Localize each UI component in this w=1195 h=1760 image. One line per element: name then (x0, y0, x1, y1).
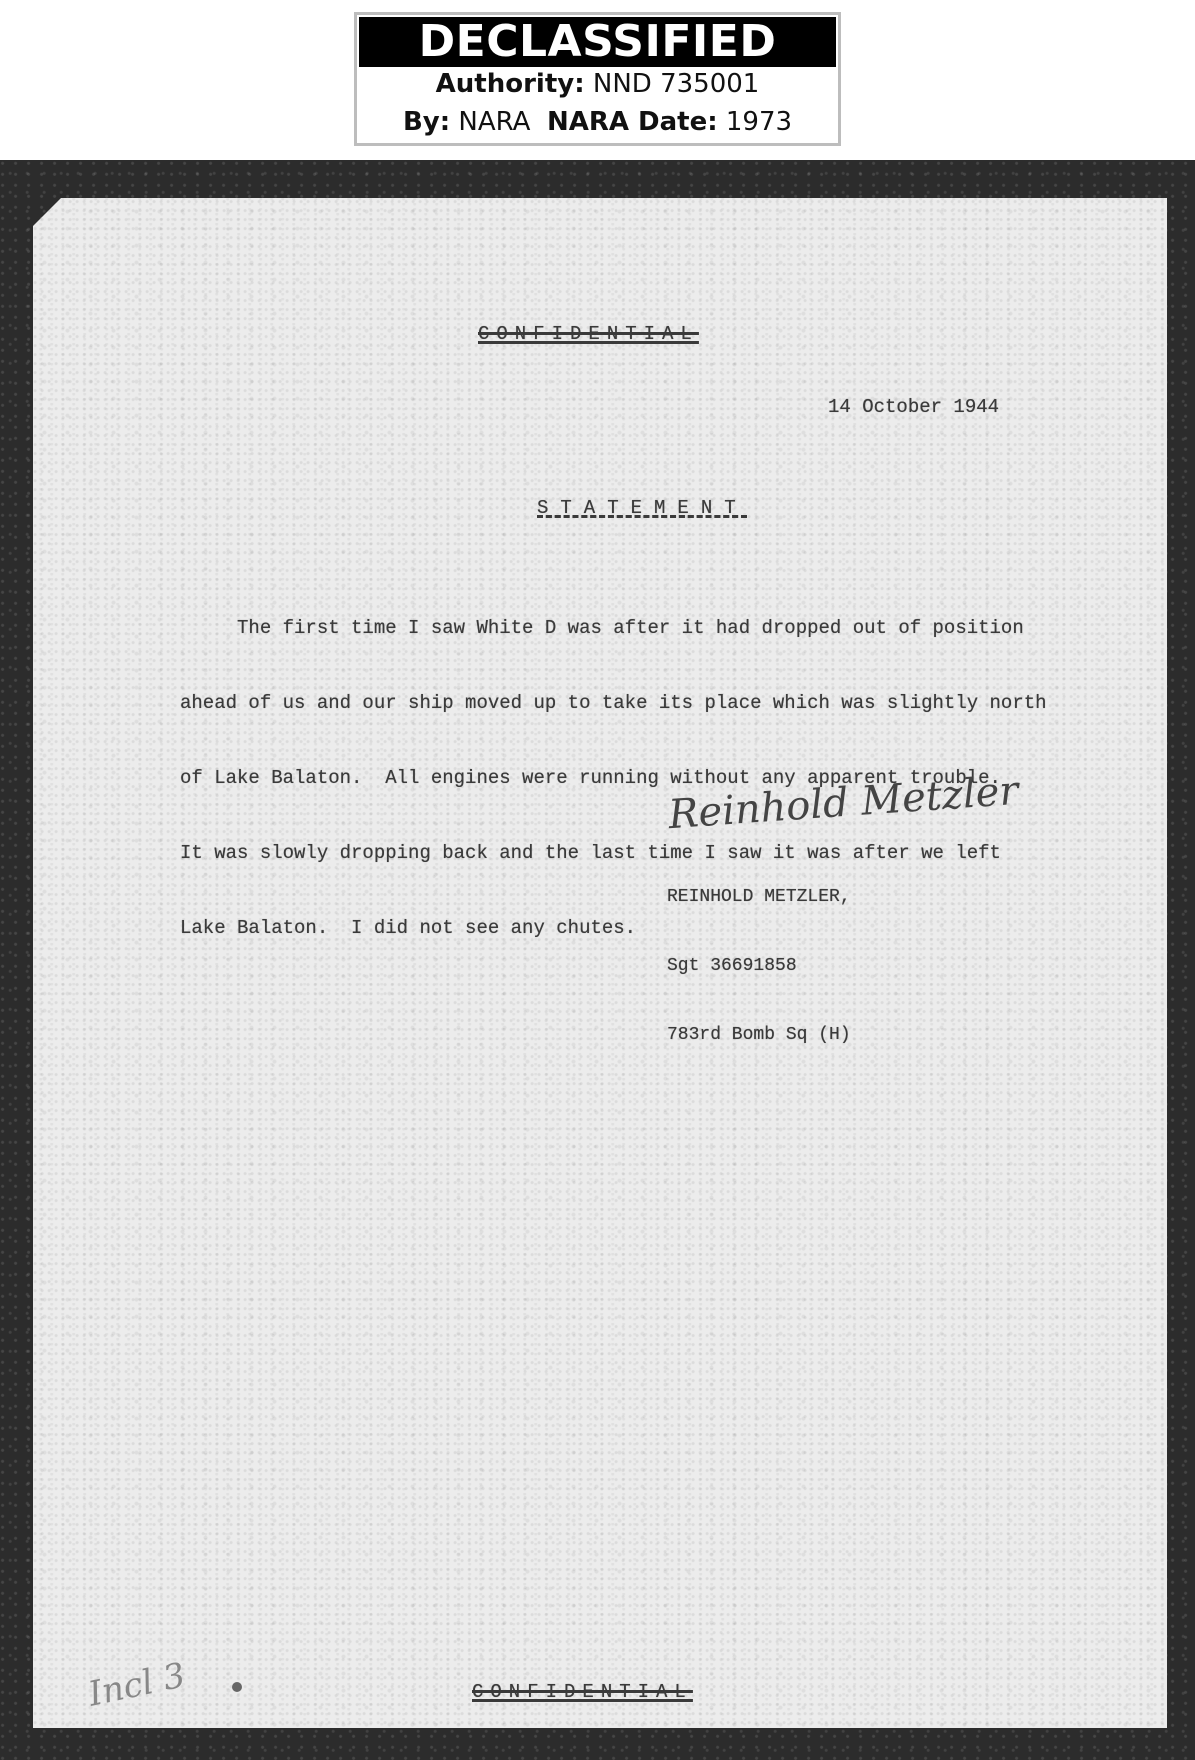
nara-date-label: NARA Date: (547, 107, 718, 137)
stamp-by-date: By: NARA NARA Date: 1973 (357, 107, 838, 137)
classification-bottom: CONFIDENTIAL (472, 1680, 693, 1705)
signer-rank-serial: Sgt 36691858 (667, 955, 851, 978)
statement-body: The first time I saw White D was after i… (180, 566, 1047, 966)
declassified-stamp: DECLASSIFIED Authority: NND 735001 By: N… (354, 12, 841, 146)
signature-block: REINHOLD METZLER, Sgt 36691858 783rd Bom… (667, 840, 851, 1070)
by-value: NARA (458, 107, 530, 137)
signer-unit: 783rd Bomb Sq (H) (667, 1024, 851, 1047)
document-date: 14 October 1944 (828, 395, 999, 420)
punch-mark (232, 1682, 242, 1692)
body-line: ahead of us and our ship moved up to tak… (180, 691, 1047, 716)
signer-name: REINHOLD METZLER, (667, 886, 851, 909)
stamp-authority: Authority: NND 735001 (357, 69, 838, 99)
classification-top: CONFIDENTIAL (478, 322, 699, 347)
body-line: Lake Balaton. I did not see any chutes. (180, 916, 1047, 941)
stamp-title: DECLASSIFIED (359, 17, 836, 67)
authority-value: NND 735001 (593, 69, 759, 99)
nara-date-value: 1973 (726, 107, 792, 137)
by-label: By: (403, 107, 450, 137)
document-heading: STATEMENT (537, 496, 748, 521)
authority-label: Authority: (436, 69, 585, 99)
body-line: The first time I saw White D was after i… (180, 616, 1047, 641)
body-line: It was slowly dropping back and the last… (180, 841, 1047, 866)
